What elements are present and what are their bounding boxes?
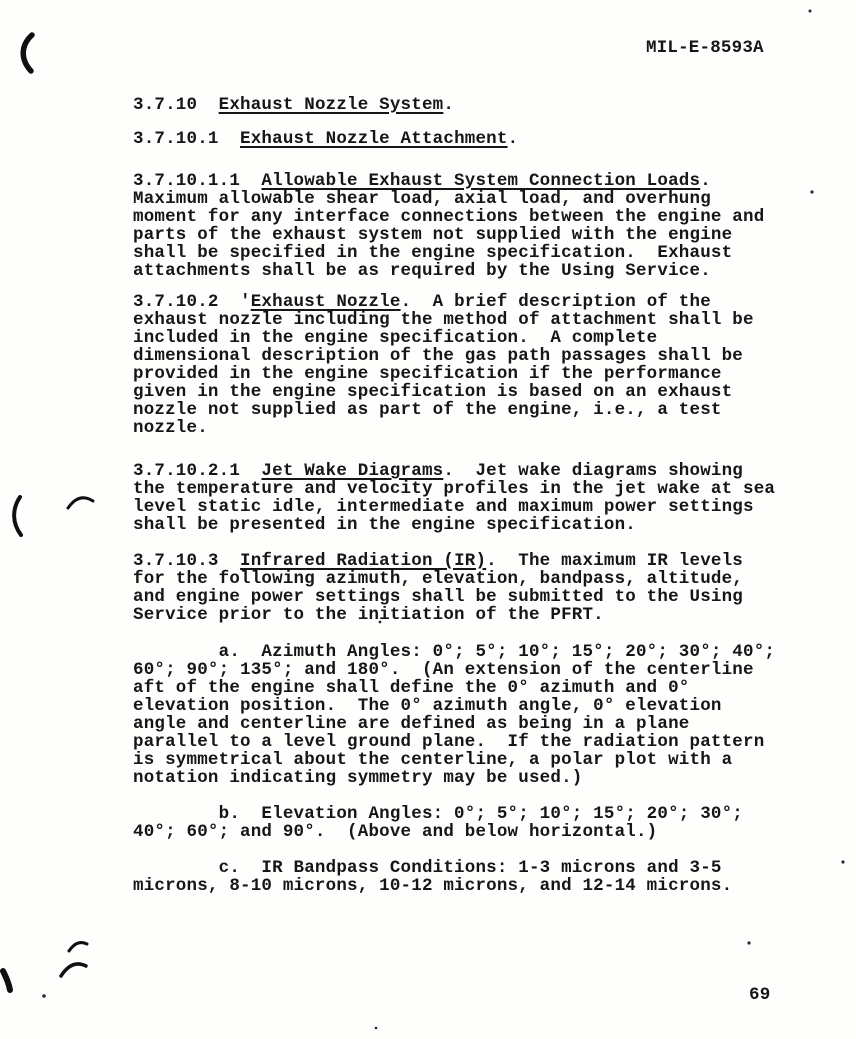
section-number: 3.7.10.3 [133, 551, 240, 571]
scan-mark-paren-mid-left [14, 497, 21, 535]
scan-speck [810, 190, 813, 193]
section-title: Infrared Radiation (IR) [240, 551, 486, 571]
scan-mark-arc-mid [68, 498, 93, 508]
section-number: 3.7.10.2.1 [133, 461, 261, 481]
scan-speck [841, 860, 844, 863]
document-page: MIL-E-8593A 3.7.10 Exhaust Nozzle System… [0, 0, 856, 1039]
section-title: Exhaust Nozzle [251, 292, 401, 312]
scan-mark-arc-bottom-2 [61, 964, 86, 976]
section-3-7-10-2-1: 3.7.10.2.1 Jet Wake Diagrams. Jet wake d… [133, 462, 775, 534]
section-title: Exhaust Nozzle Attachment [240, 129, 508, 149]
section-number: 3.7.10.1 [133, 129, 240, 149]
scan-speck [42, 994, 46, 998]
section-3-7-10-2: 3.7.10.2 'Exhaust Nozzle. A brief descri… [133, 293, 754, 437]
section-title: Exhaust Nozzle System [219, 95, 444, 115]
section-3-7-10-3: 3.7.10.3 Infrared Radiation (IR). The ma… [133, 552, 743, 624]
document-number-header: MIL-E-8593A [646, 39, 764, 57]
list-item-a: a. Azimuth Angles: 0°; 5°; 10°; 15°; 20°… [133, 643, 775, 787]
scan-mark-paren-top-left [23, 35, 32, 71]
section-body: . A brief description of the exhaust noz… [133, 292, 754, 438]
scan-speck [809, 10, 812, 13]
section-number: 3.7.10.1.1 [133, 171, 261, 191]
list-item-b: b. Elevation Angles: 0°; 5°; 10°; 15°; 2… [133, 805, 743, 841]
section-heading-3-7-10: 3.7.10 Exhaust Nozzle System. [133, 96, 454, 114]
scan-mark-arc-bottom-1 [69, 943, 87, 951]
section-body: . [443, 95, 454, 115]
list-item-c: c. IR Bandpass Conditions: 1-3 microns a… [133, 859, 732, 895]
section-title: Jet Wake Diagrams [261, 461, 443, 481]
scan-mark-stroke-bottom-left [3, 971, 10, 990]
scan-speck [375, 1027, 378, 1030]
scan-speck [747, 941, 750, 944]
section-number: 3.7.10 [133, 95, 219, 115]
page-number: 69 [749, 986, 770, 1004]
section-3-7-10-1-1: 3.7.10.1.1 Allowable Exhaust System Conn… [133, 172, 764, 280]
section-heading-3-7-10-1: 3.7.10.1 Exhaust Nozzle Attachment. [133, 130, 518, 148]
section-title: Allowable Exhaust System Connection Load… [261, 171, 700, 191]
section-number: 3.7.10.2 ' [133, 292, 251, 312]
section-body: . [508, 129, 519, 149]
